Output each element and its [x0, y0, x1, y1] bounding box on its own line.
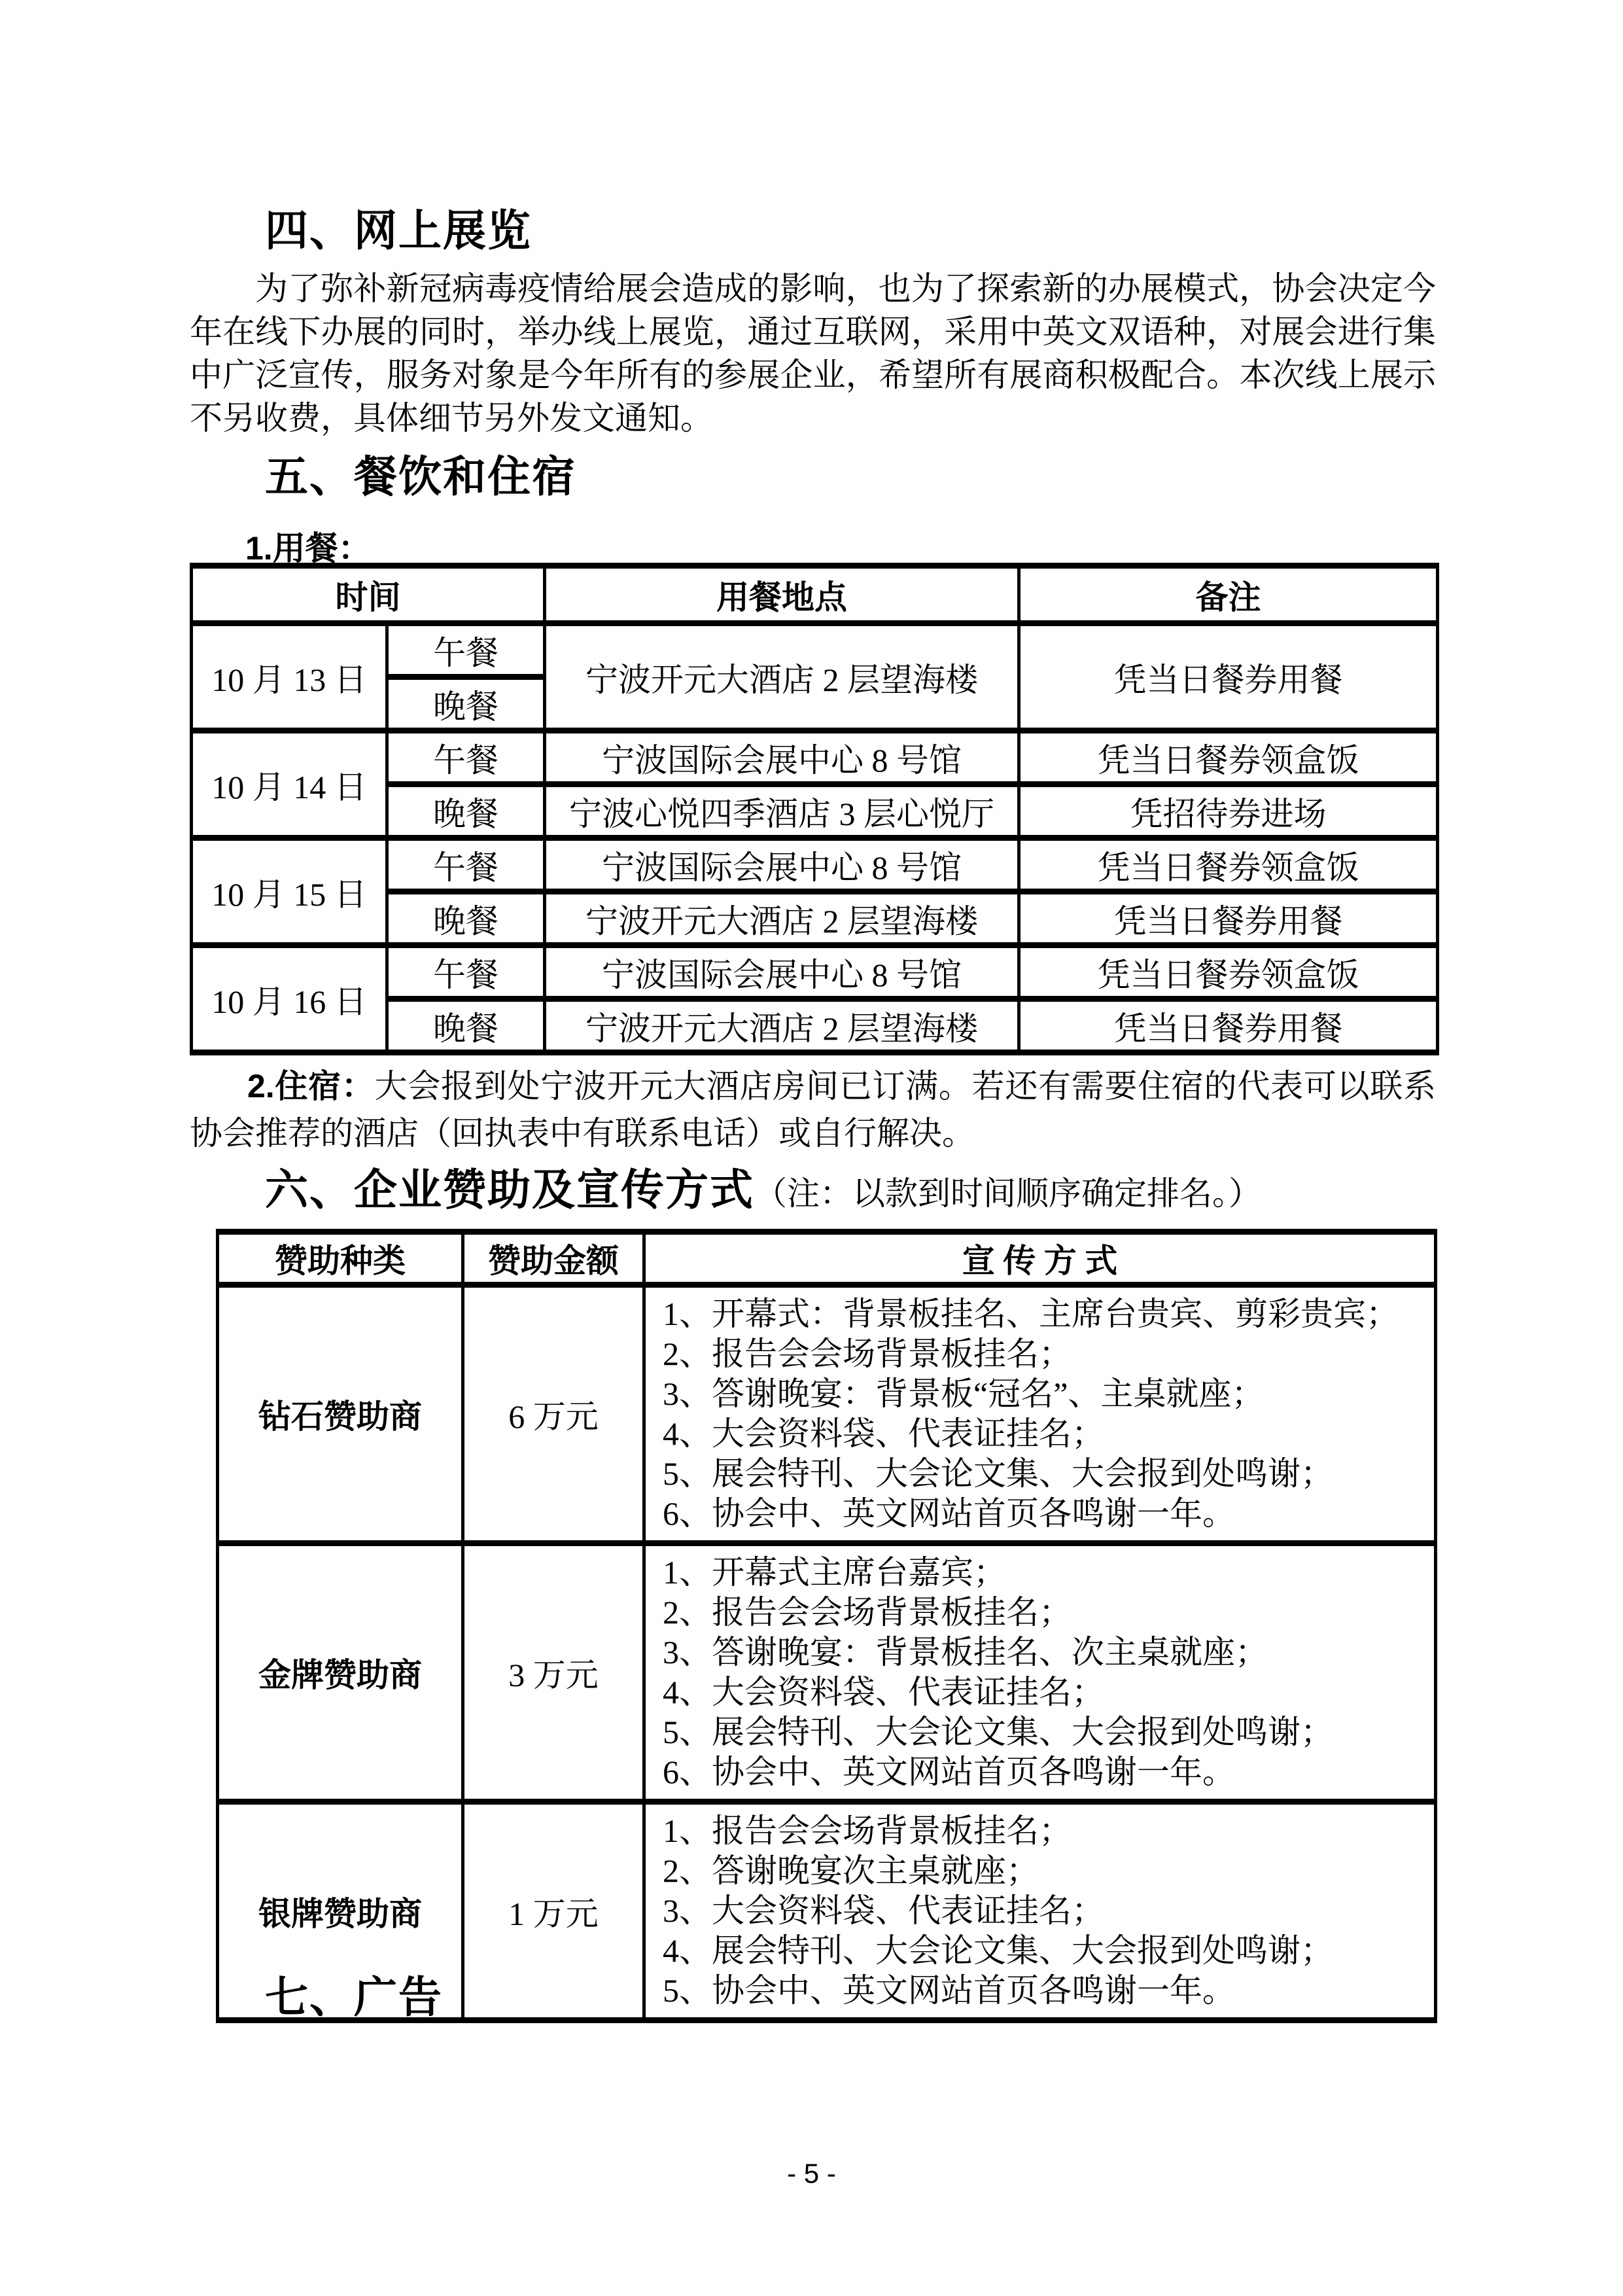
meal-date-oct14: 10 月 14 日 [192, 731, 387, 838]
sponsor-header-amount: 赞助金额 [463, 1232, 644, 1285]
section-4-heading: 四、网上展览 [265, 204, 532, 256]
page-number: - 5 - [0, 2158, 1623, 2189]
meal-remark-oct14-dinner: 凭招待券进场 [1019, 785, 1438, 838]
sponsor-table-header-row: 赞助种类 赞助金额 宣 传 方 式 [218, 1232, 1436, 1285]
method-item: 6、协会中、英文网站首页各鸣谢一年。 [663, 1494, 1422, 1534]
meal-place-oct14-dinner: 宁波心悦四季酒店 3 层心悦厅 [545, 785, 1019, 838]
method-item: 2、报告会会场背景板挂名； [663, 1334, 1422, 1374]
sponsor-methods-gold: 1、开幕式主席台嘉宾； 2、报告会会场背景板挂名； 3、答谢晚宴：背景板挂名、次… [644, 1544, 1436, 1802]
meal-date-oct16: 10 月 16 日 [192, 945, 387, 1053]
meal-header-remark: 备注 [1019, 566, 1438, 624]
meal-type-oct16-dinner: 晚餐 [387, 999, 545, 1053]
meal-remark-oct14-lunch: 凭当日餐券领盒饭 [1019, 731, 1438, 785]
method-item: 5、协会中、英文网站首页各鸣谢一年。 [663, 1971, 1422, 2011]
document-page: 四、网上展览 为了弥补新冠病毒疫情给展会造成的影响，也为了探索新的办展模式，协会… [0, 0, 1623, 2296]
method-item: 3、大会资料袋、代表证挂名； [663, 1891, 1422, 1931]
section-4-paragraph: 为了弥补新冠病毒疫情给展会造成的影响，也为了探索新的办展模式，协会决定今年在线下… [190, 267, 1436, 440]
sponsor-amount-silver: 1 万元 [463, 1802, 644, 2021]
sponsor-amount-diamond: 6 万元 [463, 1285, 644, 1544]
meal-place-oct16-lunch: 宁波国际会展中心 8 号馆 [545, 945, 1019, 999]
meal-type-oct13-dinner: 晚餐 [387, 677, 545, 731]
meal-place-oct15-dinner: 宁波开元大酒店 2 层望海楼 [545, 892, 1019, 945]
method-item: 1、开幕式主席台嘉宾； [663, 1553, 1422, 1593]
meal-row-oct16-lunch: 10 月 16 日 午餐 宁波国际会展中心 8 号馆 凭当日餐券领盒饭 [192, 945, 1438, 999]
sponsor-header-methods: 宣 传 方 式 [644, 1232, 1436, 1285]
meal-row-oct13-lunch: 10 月 13 日 午餐 宁波开元大酒店 2 层望海楼 凭当日餐券用餐 [192, 624, 1438, 677]
section-6-title: 六、企业赞助及宣传方式 [265, 1165, 754, 1214]
sponsor-type-gold: 金牌赞助商 [218, 1544, 463, 1802]
method-item: 1、开幕式：背景板挂名、主席台贵宾、剪彩贵宾； [663, 1294, 1422, 1334]
meal-type-oct14-lunch: 午餐 [387, 731, 545, 785]
meal-date-oct13: 10 月 13 日 [192, 624, 387, 731]
lodging-text: 大会报到处宁波开元大酒店房间已订满。若还有需要住宿的代表可以联系协会推荐的酒店（… [190, 1068, 1436, 1152]
method-item: 4、展会特刊、大会论文集、大会报到处鸣谢； [663, 1931, 1422, 1971]
method-item: 4、大会资料袋、代表证挂名； [663, 1672, 1422, 1712]
method-item: 5、展会特刊、大会论文集、大会报到处鸣谢； [663, 1712, 1422, 1752]
section-5-heading: 五、餐饮和住宿 [265, 450, 576, 503]
meal-row-oct14-lunch: 10 月 14 日 午餐 宁波国际会展中心 8 号馆 凭当日餐券领盒饭 [192, 731, 1438, 785]
method-item: 2、报告会会场背景板挂名； [663, 1593, 1422, 1633]
meal-type-oct15-dinner: 晚餐 [387, 892, 545, 945]
sponsor-row-diamond: 钻石赞助商 6 万元 1、开幕式：背景板挂名、主席台贵宾、剪彩贵宾； 2、报告会… [218, 1285, 1436, 1544]
meal-place-oct14-lunch: 宁波国际会展中心 8 号馆 [545, 731, 1019, 785]
meal-date-oct15: 10 月 15 日 [192, 838, 387, 945]
meal-place-oct13: 宁波开元大酒店 2 层望海楼 [545, 624, 1019, 731]
sponsor-amount-gold: 3 万元 [463, 1544, 644, 1802]
meal-header-time: 时间 [192, 566, 545, 624]
section-7-heading: 七、广告 [265, 1971, 443, 2023]
method-item: 3、答谢晚宴：背景板“冠名”、主桌就座； [663, 1374, 1422, 1414]
sponsor-methods-silver: 1、报告会会场背景板挂名； 2、答谢晚宴次主桌就座； 3、大会资料袋、代表证挂名… [644, 1802, 1436, 2021]
meal-remark-oct16-dinner: 凭当日餐券用餐 [1019, 999, 1438, 1053]
sponsor-type-diamond: 钻石赞助商 [218, 1285, 463, 1544]
sponsor-header-type: 赞助种类 [218, 1232, 463, 1285]
method-item: 6、协会中、英文网站首页各鸣谢一年。 [663, 1752, 1422, 1792]
section-6-note: （注：以款到时间顺序确定排名。） [754, 1175, 1261, 1212]
meal-remark-oct15-dinner: 凭当日餐券用餐 [1019, 892, 1438, 945]
method-item: 1、报告会会场背景板挂名； [663, 1811, 1422, 1851]
meal-remark-oct16-lunch: 凭当日餐券领盒饭 [1019, 945, 1438, 999]
section-6-heading: 六、企业赞助及宣传方式（注：以款到时间顺序确定排名。） [265, 1163, 1261, 1220]
meal-type-oct13-lunch: 午餐 [387, 624, 545, 677]
method-item: 5、展会特刊、大会论文集、大会报到处鸣谢； [663, 1454, 1422, 1494]
meal-row-oct15-lunch: 10 月 15 日 午餐 宁波国际会展中心 8 号馆 凭当日餐券领盒饭 [192, 838, 1438, 892]
meal-table-header-row: 时间 用餐地点 备注 [192, 566, 1438, 624]
meal-remark-oct15-lunch: 凭当日餐券领盒饭 [1019, 838, 1438, 892]
method-item: 2、答谢晚宴次主桌就座； [663, 1851, 1422, 1891]
meal-header-place: 用餐地点 [545, 566, 1019, 624]
meal-type-oct14-dinner: 晚餐 [387, 785, 545, 838]
lodging-label: 2.住宿： [247, 1068, 375, 1104]
sponsor-row-gold: 金牌赞助商 3 万元 1、开幕式主席台嘉宾； 2、报告会会场背景板挂名； 3、答… [218, 1544, 1436, 1802]
sponsorship-table: 赞助种类 赞助金额 宣 传 方 式 钻石赞助商 6 万元 1、开幕式：背景板挂名… [216, 1229, 1437, 2023]
meal-place-oct15-lunch: 宁波国际会展中心 8 号馆 [545, 838, 1019, 892]
method-item: 3、答谢晚宴：背景板挂名、次主桌就座； [663, 1633, 1422, 1672]
lodging-paragraph: 2.住宿：大会报到处宁波开元大酒店房间已订满。若还有需要住宿的代表可以联系协会推… [190, 1063, 1436, 1157]
meal-place-oct16-dinner: 宁波开元大酒店 2 层望海楼 [545, 999, 1019, 1053]
sponsor-methods-diamond: 1、开幕式：背景板挂名、主席台贵宾、剪彩贵宾； 2、报告会会场背景板挂名； 3、… [644, 1285, 1436, 1544]
meal-type-oct15-lunch: 午餐 [387, 838, 545, 892]
meal-schedule-table: 时间 用餐地点 备注 10 月 13 日 午餐 宁波开元大酒店 2 层望海楼 凭… [190, 563, 1439, 1055]
method-item: 4、大会资料袋、代表证挂名； [663, 1414, 1422, 1454]
meal-type-oct16-lunch: 午餐 [387, 945, 545, 999]
meal-remark-oct13: 凭当日餐券用餐 [1019, 624, 1438, 731]
